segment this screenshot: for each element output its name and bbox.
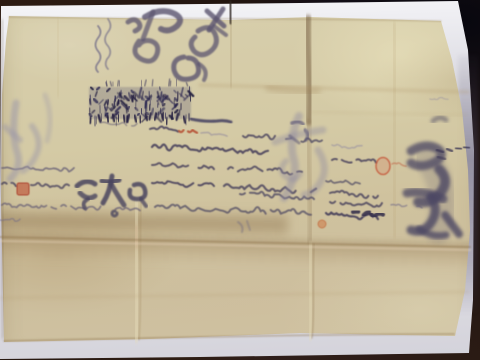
stain-band-full [0, 234, 480, 270]
manuscript-paper [0, 0, 480, 360]
photo-of-manuscript [0, 0, 480, 360]
